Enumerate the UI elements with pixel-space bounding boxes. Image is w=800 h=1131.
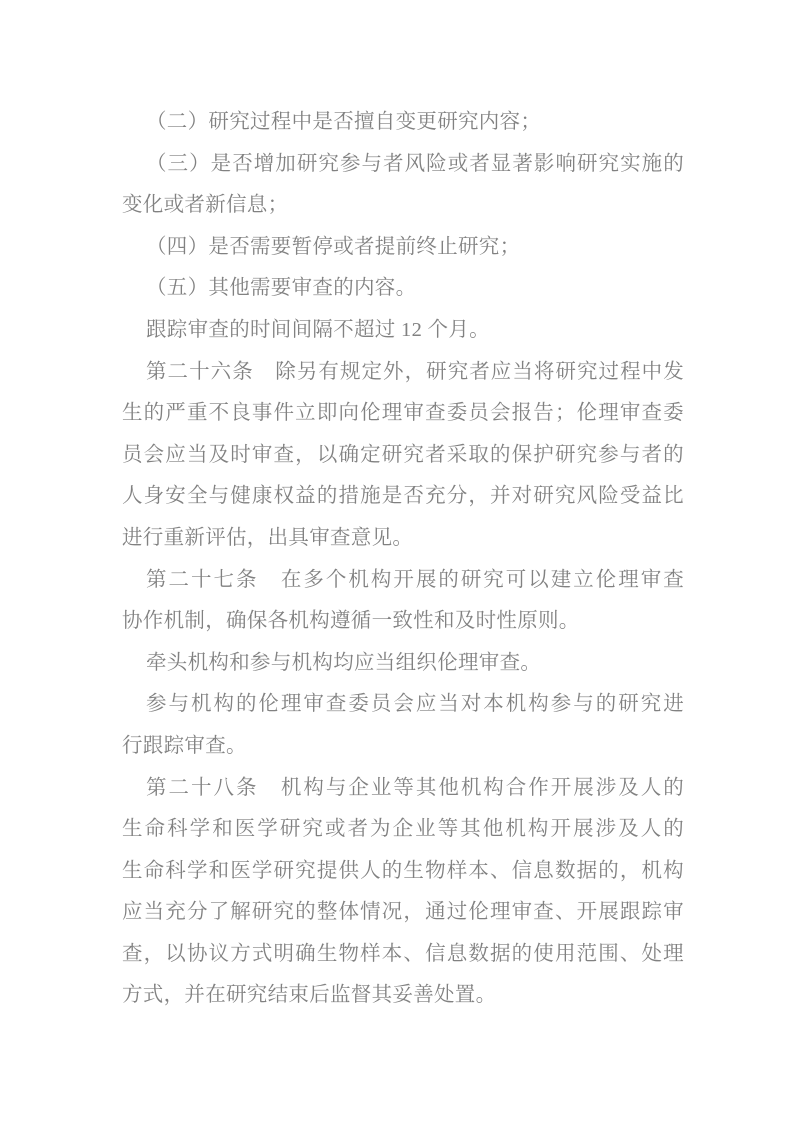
document-line: 第二十八条 机构与企业等其他机构合作开展涉及人的 — [122, 768, 684, 810]
document-line: 跟踪审查的时间间隔不超过 12 个月。 — [122, 310, 684, 352]
document-page: （二）研究过程中是否擅自变更研究内容； （三）是否增加研究参与者风险或者显著影响… — [122, 102, 684, 1017]
document-line: （二）研究过程中是否擅自变更研究内容； — [122, 102, 684, 144]
document-line: 进行重新评估，出具审查意见。 — [122, 518, 684, 560]
paragraph-article-27: 第二十七条 在多个机构开展的研究可以建立伦理审查 协作机制，确保各机构遵循一致性… — [122, 560, 684, 643]
document-line: 查，以协议方式明确生物样本、信息数据的使用范围、处理 — [122, 934, 684, 976]
document-line: 应当充分了解研究的整体情况，通过伦理审查、开展跟踪审 — [122, 892, 684, 934]
paragraph-item-5: （五）其他需要审查的内容。 — [122, 268, 684, 310]
paragraph-lead-institution: 牵头机构和参与机构均应当组织伦理审查。 — [122, 643, 684, 685]
document-line: 牵头机构和参与机构均应当组织伦理审查。 — [122, 643, 684, 685]
document-line: 参与机构的伦理审查委员会应当对本机构参与的研究进 — [122, 684, 684, 726]
paragraph-follow-up-interval: 跟踪审查的时间间隔不超过 12 个月。 — [122, 310, 684, 352]
document-line: 生命科学和医学研究或者为企业等其他机构开展涉及人的 — [122, 809, 684, 851]
document-line: 生的严重不良事件立即向伦理审查委员会报告；伦理审查委 — [122, 393, 684, 435]
document-line: 方式，并在研究结束后监督其妥善处置。 — [122, 975, 684, 1017]
document-line: 生命科学和医学研究提供人的生物样本、信息数据的，机构 — [122, 851, 684, 893]
paragraph-item-4: （四）是否需要暂停或者提前终止研究； — [122, 227, 684, 269]
document-line: 行跟踪审查。 — [122, 726, 684, 768]
paragraph-participating-institution: 参与机构的伦理审查委员会应当对本机构参与的研究进 行跟踪审查。 — [122, 684, 684, 767]
document-line: 员会应当及时审查，以确定研究者采取的保护研究参与者的 — [122, 435, 684, 477]
document-line: （四）是否需要暂停或者提前终止研究； — [122, 227, 684, 269]
paragraph-item-3: （三）是否增加研究参与者风险或者显著影响研究实施的 变化或者新信息； — [122, 144, 684, 227]
document-line: 第二十六条 除另有规定外，研究者应当将研究过程中发 — [122, 352, 684, 394]
document-line: 人身安全与健康权益的措施是否充分，并对研究风险受益比 — [122, 476, 684, 518]
paragraph-item-2: （二）研究过程中是否擅自变更研究内容； — [122, 102, 684, 144]
paragraph-article-28: 第二十八条 机构与企业等其他机构合作开展涉及人的 生命科学和医学研究或者为企业等… — [122, 768, 684, 1018]
document-line: 第二十七条 在多个机构开展的研究可以建立伦理审查 — [122, 560, 684, 602]
document-line: （五）其他需要审查的内容。 — [122, 268, 684, 310]
document-line: （三）是否增加研究参与者风险或者显著影响研究实施的 — [122, 144, 684, 186]
document-line: 协作机制，确保各机构遵循一致性和及时性原则。 — [122, 601, 684, 643]
document-line: 变化或者新信息； — [122, 185, 684, 227]
paragraph-article-26: 第二十六条 除另有规定外，研究者应当将研究过程中发 生的严重不良事件立即向伦理审… — [122, 352, 684, 560]
